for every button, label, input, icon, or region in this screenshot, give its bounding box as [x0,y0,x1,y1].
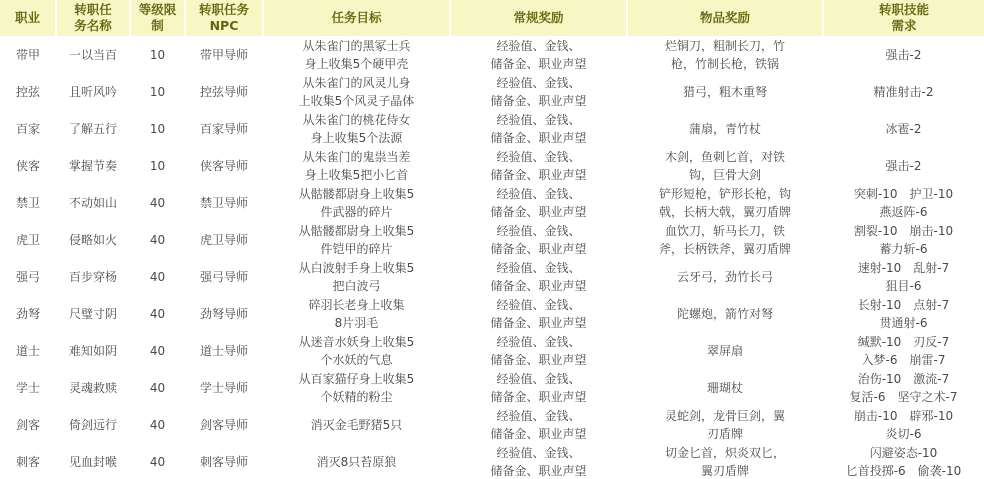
cell-npc: 道士导师 [185,332,263,369]
cell-skills: 长射-10 点射-7 贯通射-6 [823,295,984,332]
table-row: 学士灵魂救赎40学士导师从百家猫仔身上收集5 个妖精的粉尘经验值、金钱、 储备金… [0,369,984,406]
cell-items: 翠屏扇 [627,332,823,369]
cell-task_name: 掌握节奏 [56,147,130,184]
cell-skills: 闪避姿态-10 匕首投掷-6 偷袭-10 [823,443,984,479]
cell-npc: 百家导师 [185,110,263,147]
cell-items: 陀螺炮，箭竹对弩 [627,295,823,332]
cell-skills: 治伤-10 激流-7 复活-6 坚守之术-7 [823,369,984,406]
header-row: 职业转职任 务名称等级限 制转职任务NPC任务目标常规奖励物品奖励转职技能 需求 [0,0,984,36]
cell-npc: 控弦导师 [185,73,263,110]
col-header-items: 物品奖励 [627,0,823,36]
cell-skills: 强击-2 [823,36,984,73]
table-body: 带甲一以当百10带甲导师从朱雀门的黑冢士兵 身上收集5个硬甲壳经验值、金钱、 储… [0,36,984,479]
cell-rewards: 经验值、金钱、 储备金、职业声望 [450,221,627,258]
table-row: 强弓百步穿杨40强弓导师从白波射手身上收集5 把白波弓经验值、金钱、 储备金、职… [0,258,984,295]
cell-rewards: 经验值、金钱、 储备金、职业声望 [450,332,627,369]
cell-level: 10 [130,110,185,147]
cell-npc: 侠客导师 [185,147,263,184]
cell-npc: 劲弩导师 [185,295,263,332]
cell-task_name: 尺璧寸阴 [56,295,130,332]
cell-npc: 刺客导师 [185,443,263,479]
cell-level: 40 [130,369,185,406]
cell-level: 40 [130,221,185,258]
table-row: 刺客见血封喉40刺客导师消灭8只苔原狼经验值、金钱、 储备金、职业声望切金匕首，… [0,443,984,479]
cell-skills: 冰雹-2 [823,110,984,147]
cell-items: 蒲扇，青竹杖 [627,110,823,147]
table-row: 百家了解五行10百家导师从朱雀门的桃花侍女 身上收集5个法源经验值、金钱、 储备… [0,110,984,147]
cell-items: 木剑，鱼刺匕首，对铁 钩，巨骨大剑 [627,147,823,184]
cell-level: 10 [130,36,185,73]
cell-objective: 从骷髅都尉身上收集5 件武器的碎片 [263,184,450,221]
cell-items: 铲形短枪，铲形长枪，钩 戟，长柄大戟，翼刃盾牌 [627,184,823,221]
cell-items: 云牙弓，劲竹长弓 [627,258,823,295]
cell-items: 灵蛇剑，龙骨巨剑，翼 刃盾牌 [627,406,823,443]
cell-objective: 消灭金毛野猪5只 [263,406,450,443]
col-header-profession: 职业 [0,0,56,36]
cell-rewards: 经验值、金钱、 储备金、职业声望 [450,295,627,332]
cell-npc: 剑客导师 [185,406,263,443]
table-row: 控弦且听风吟10控弦导师从朱雀门的风灵儿身 上收集5个风灵子晶体经验值、金钱、 … [0,73,984,110]
table-row: 剑客倚剑远行40剑客导师消灭金毛野猪5只经验值、金钱、 储备金、职业声望灵蛇剑，… [0,406,984,443]
cell-rewards: 经验值、金钱、 储备金、职业声望 [450,443,627,479]
cell-profession: 刺客 [0,443,56,479]
cell-profession: 百家 [0,110,56,147]
cell-profession: 道士 [0,332,56,369]
col-header-level: 等级限 制 [130,0,185,36]
cell-items: 珊瑚杖 [627,369,823,406]
cell-rewards: 经验值、金钱、 储备金、职业声望 [450,406,627,443]
cell-npc: 强弓导师 [185,258,263,295]
cell-items: 猎弓，粗木重弩 [627,73,823,110]
cell-profession: 控弦 [0,73,56,110]
cell-skills: 强击-2 [823,147,984,184]
cell-items: 血饮刀，斩马长刀，铁 斧，长柄铁斧，翼刃盾牌 [627,221,823,258]
cell-level: 40 [130,184,185,221]
cell-rewards: 经验值、金钱、 储备金、职业声望 [450,184,627,221]
cell-rewards: 经验值、金钱、 储备金、职业声望 [450,147,627,184]
cell-objective: 从白波射手身上收集5 把白波弓 [263,258,450,295]
cell-profession: 劲弩 [0,295,56,332]
cell-profession: 侠客 [0,147,56,184]
cell-profession: 学士 [0,369,56,406]
cell-task_name: 了解五行 [56,110,130,147]
cell-objective: 从朱雀门的黑冢士兵 身上收集5个硬甲壳 [263,36,450,73]
col-header-objective: 任务目标 [263,0,450,36]
cell-profession: 禁卫 [0,184,56,221]
col-header-rewards: 常规奖励 [450,0,627,36]
cell-skills: 缄默-10 刃反-7 入梦-6 崩雷-7 [823,332,984,369]
table-row: 道士难知如阴40道士导师从迷音水妖身上收集5 个水妖的气息经验值、金钱、 储备金… [0,332,984,369]
cell-task_name: 一以当百 [56,36,130,73]
cell-rewards: 经验值、金钱、 储备金、职业声望 [450,73,627,110]
cell-task_name: 灵魂救赎 [56,369,130,406]
cell-npc: 带甲导师 [185,36,263,73]
cell-objective: 碎羽长老身上收集 8片羽毛 [263,295,450,332]
cell-level: 40 [130,443,185,479]
cell-items: 烂铜刀，粗制长刀，竹 枪，竹制长枪，铁锅 [627,36,823,73]
cell-skills: 速射-10 乱射-7 狙目-6 [823,258,984,295]
cell-rewards: 经验值、金钱、 储备金、职业声望 [450,258,627,295]
table-row: 劲弩尺璧寸阴40劲弩导师碎羽长老身上收集 8片羽毛经验值、金钱、 储备金、职业声… [0,295,984,332]
cell-rewards: 经验值、金钱、 储备金、职业声望 [450,110,627,147]
cell-objective: 从朱雀门的风灵儿身 上收集5个风灵子晶体 [263,73,450,110]
cell-task_name: 不动如山 [56,184,130,221]
cell-skills: 崩击-10 辟邪-10 炎切-6 [823,406,984,443]
col-header-task_name: 转职任 务名称 [56,0,130,36]
cell-objective: 消灭8只苔原狼 [263,443,450,479]
cell-task_name: 且听风吟 [56,73,130,110]
cell-profession: 强弓 [0,258,56,295]
cell-skills: 割裂-10 崩击-10 蓄力斩-6 [823,221,984,258]
cell-level: 40 [130,295,185,332]
cell-level: 40 [130,258,185,295]
col-header-skills: 转职技能 需求 [823,0,984,36]
cell-level: 10 [130,73,185,110]
cell-objective: 从迷音水妖身上收集5 个水妖的气息 [263,332,450,369]
cell-level: 10 [130,147,185,184]
cell-npc: 禁卫导师 [185,184,263,221]
job-change-guide-page: 职业转职任 务名称等级限 制转职任务NPC任务目标常规奖励物品奖励转职技能 需求… [0,0,984,479]
cell-profession: 带甲 [0,36,56,73]
cell-task_name: 侵略如火 [56,221,130,258]
job-change-table: 职业转职任 务名称等级限 制转职任务NPC任务目标常规奖励物品奖励转职技能 需求… [0,0,984,479]
cell-objective: 从骷髅都尉身上收集5 件铠甲的碎片 [263,221,450,258]
cell-objective: 从百家猫仔身上收集5 个妖精的粉尘 [263,369,450,406]
cell-profession: 虎卫 [0,221,56,258]
cell-items: 切金匕首，炽炎双匕， 翼刃盾牌 [627,443,823,479]
cell-objective: 从朱雀门的鬼祟当差 身上收集5把小匕首 [263,147,450,184]
cell-rewards: 经验值、金钱、 储备金、职业声望 [450,36,627,73]
cell-profession: 剑客 [0,406,56,443]
cell-skills: 突刺-10 护卫-10 燕返阵-6 [823,184,984,221]
cell-objective: 从朱雀门的桃花侍女 身上收集5个法源 [263,110,450,147]
cell-rewards: 经验值、金钱、 储备金、职业声望 [450,369,627,406]
table-row: 带甲一以当百10带甲导师从朱雀门的黑冢士兵 身上收集5个硬甲壳经验值、金钱、 储… [0,36,984,73]
table-row: 虎卫侵略如火40虎卫导师从骷髅都尉身上收集5 件铠甲的碎片经验值、金钱、 储备金… [0,221,984,258]
cell-task_name: 倚剑远行 [56,406,130,443]
cell-skills: 精准射击-2 [823,73,984,110]
cell-npc: 学士导师 [185,369,263,406]
cell-task_name: 见血封喉 [56,443,130,479]
table-row: 禁卫不动如山40禁卫导师从骷髅都尉身上收集5 件武器的碎片经验值、金钱、 储备金… [0,184,984,221]
table-row: 侠客掌握节奏10侠客导师从朱雀门的鬼祟当差 身上收集5把小匕首经验值、金钱、 储… [0,147,984,184]
cell-level: 40 [130,406,185,443]
cell-task_name: 百步穿杨 [56,258,130,295]
cell-task_name: 难知如阴 [56,332,130,369]
cell-level: 40 [130,332,185,369]
cell-npc: 虎卫导师 [185,221,263,258]
col-header-npc: 转职任务NPC [185,0,263,36]
